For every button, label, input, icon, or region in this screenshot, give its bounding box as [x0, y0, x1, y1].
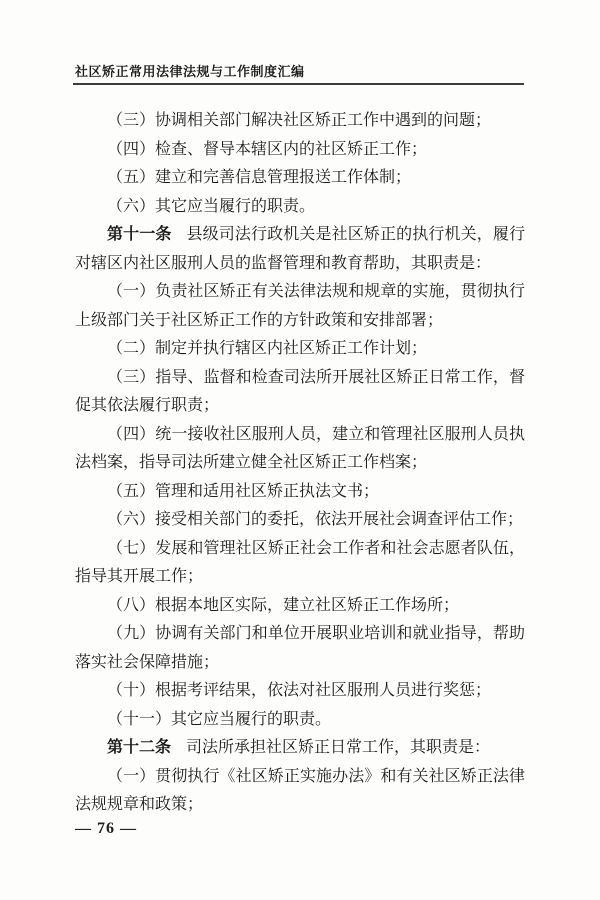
text-line-article-12: 第十二条司法所承担社区矫正日常工作，其职责是： [75, 734, 525, 763]
text-line: （二）制定并执行辖区内社区矫正工作计划； [75, 335, 525, 364]
text-line: （三）指导、监督和检查司法所开展社区矫正日常工作，督 [75, 364, 525, 393]
text-line: （八）根据本地区实际，建立社区矫正工作场所； [75, 592, 525, 621]
text-line-article-11: 第十一条县级司法行政机关是社区矫正的执行机关，履行 [75, 221, 525, 250]
page-number: — 76 — [75, 820, 137, 838]
text-line: （五）建立和完善信息管理报送工作体制； [75, 164, 525, 193]
text-line: （五）管理和适用社区矫正执法文书； [75, 478, 525, 507]
text-line: （三）协调相关部门解决社区矫正工作中遇到的问题； [75, 107, 525, 136]
text-line: 指导其开展工作； [75, 563, 525, 592]
running-header-title: 社区矫正常用法律法规与工作制度汇编 [75, 61, 525, 80]
text-line: （四）检查、督导本辖区内的社区矫正工作； [75, 136, 525, 165]
text-line: （四）统一接收社区服刑人员，建立和管理社区服刑人员执 [75, 421, 525, 450]
text-line: （六）接受相关部门的委托，依法开展社会调查评估工作； [75, 506, 525, 535]
text-line: 促其依法履行职责； [75, 392, 525, 421]
header-rule [73, 83, 524, 85]
text-line: （九）协调有关部门和单位开展职业培训和就业指导，帮助 [75, 620, 525, 649]
text-line: 对辖区内社区服刑人员的监督管理和教育帮助，其职责是： [75, 250, 525, 279]
text-line: （十一）其它应当履行的职责。 [75, 706, 525, 735]
document-page: 社区矫正常用法律法规与工作制度汇编 （三）协调相关部门解决社区矫正工作中遇到的问… [0, 0, 600, 900]
text-line: （一）贯彻执行《社区矫正实施办法》和有关社区矫正法律 [75, 763, 525, 792]
text-line: 上级部门关于社区矫正工作的方针政策和安排部署； [75, 307, 525, 336]
text-line: （一）负责社区矫正有关法律法规和规章的实施，贯彻执行 [75, 278, 525, 307]
text-line: （十）根据考评结果，依法对社区服刑人员进行奖惩； [75, 677, 525, 706]
article-label: 第十二条 [107, 739, 171, 756]
document-body: （三）协调相关部门解决社区矫正工作中遇到的问题； （四）检查、督导本辖区内的社区… [75, 107, 525, 820]
article-label: 第十一条 [107, 226, 172, 243]
text-line: 法档案，指导司法所建立健全社区矫正工作档案； [75, 449, 525, 478]
text-line: （七）发展和管理社区矫正社会工作者和社会志愿者队伍， [75, 535, 525, 564]
text-line: （六）其它应当履行的职责。 [75, 193, 525, 222]
text-line: 法规规章和政策； [75, 791, 525, 820]
text-line: 落实社会保障措施； [75, 649, 525, 678]
